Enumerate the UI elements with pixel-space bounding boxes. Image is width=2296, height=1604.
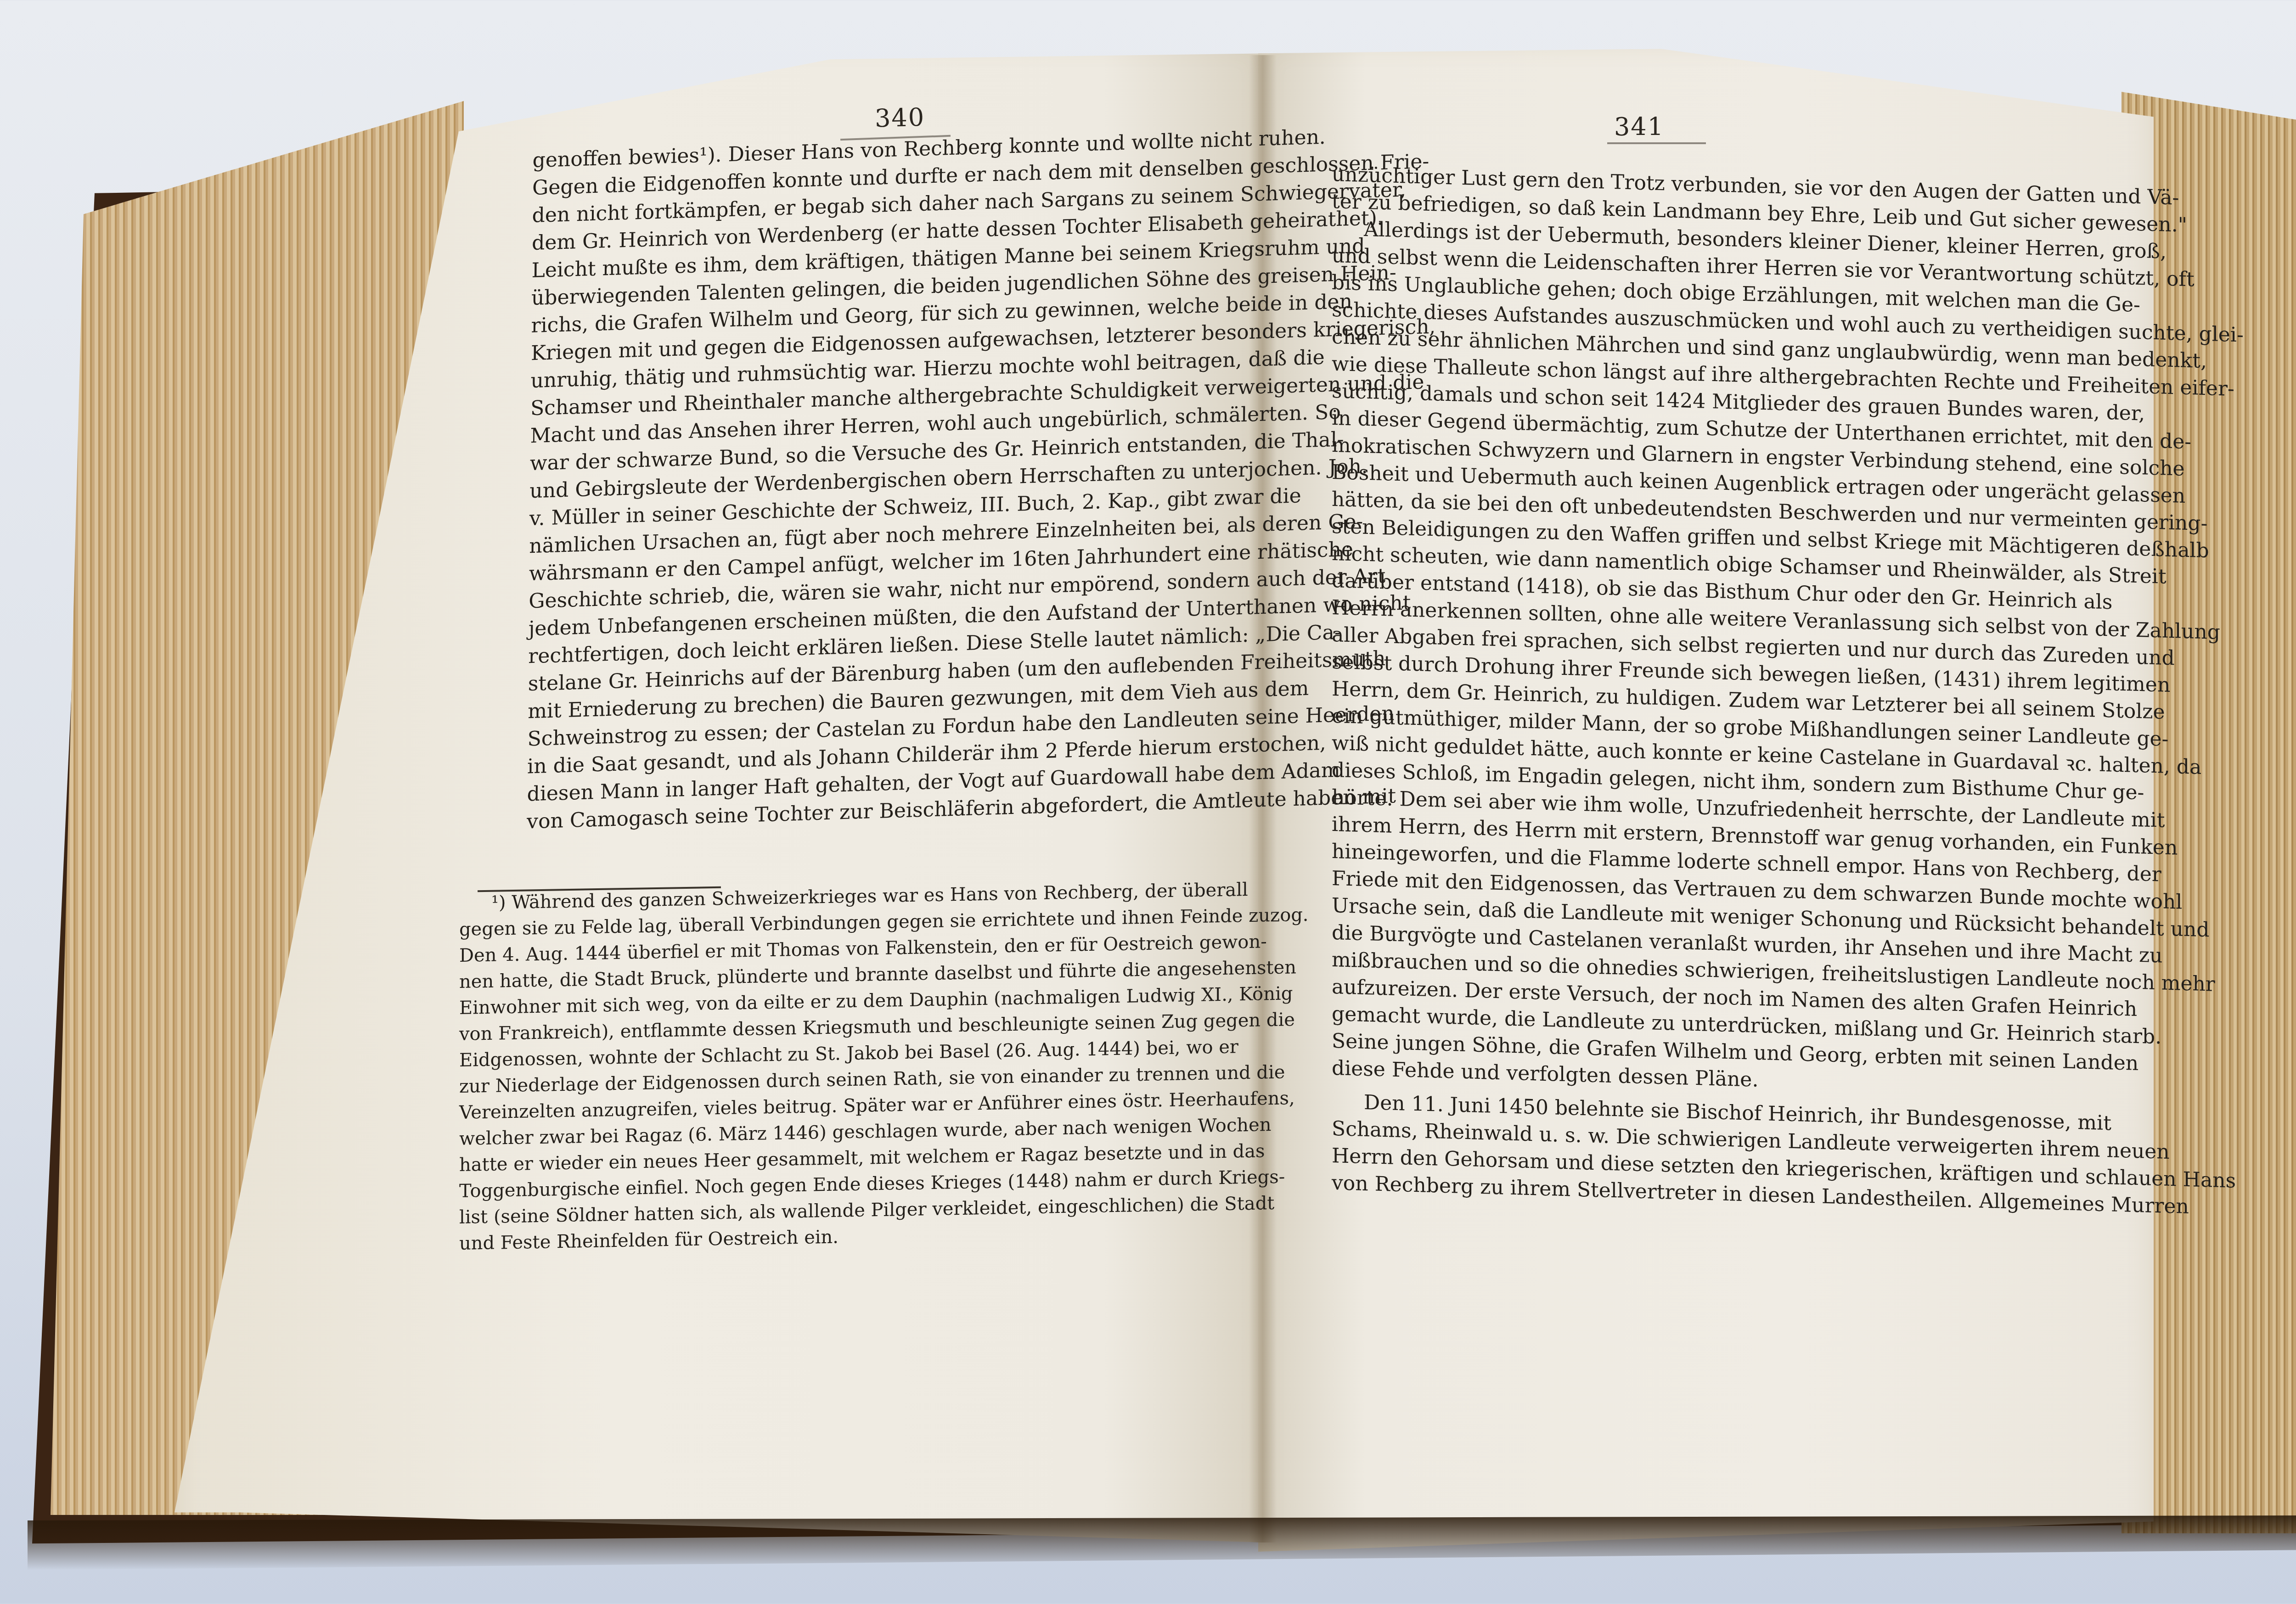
right-page-number-rule	[1607, 142, 1706, 144]
left-page-number: 340	[874, 103, 925, 133]
right-page-body-text: unzüchtiger Lust gern den Trotz verbunde…	[1332, 161, 2181, 1220]
left-page-footnote: ¹) Während des ganzen Schweizerkrieges w…	[459, 877, 1240, 1257]
left-page-body-text: genoffen bewies¹). Dieser Hans von Rechb…	[527, 125, 1277, 836]
open-book: 340 341 genoffen bewies¹). Dieser Hans v…	[0, 0, 2296, 1604]
right-page-number: 341	[1614, 112, 1664, 141]
book-bottom-shadow	[28, 1515, 2296, 1570]
